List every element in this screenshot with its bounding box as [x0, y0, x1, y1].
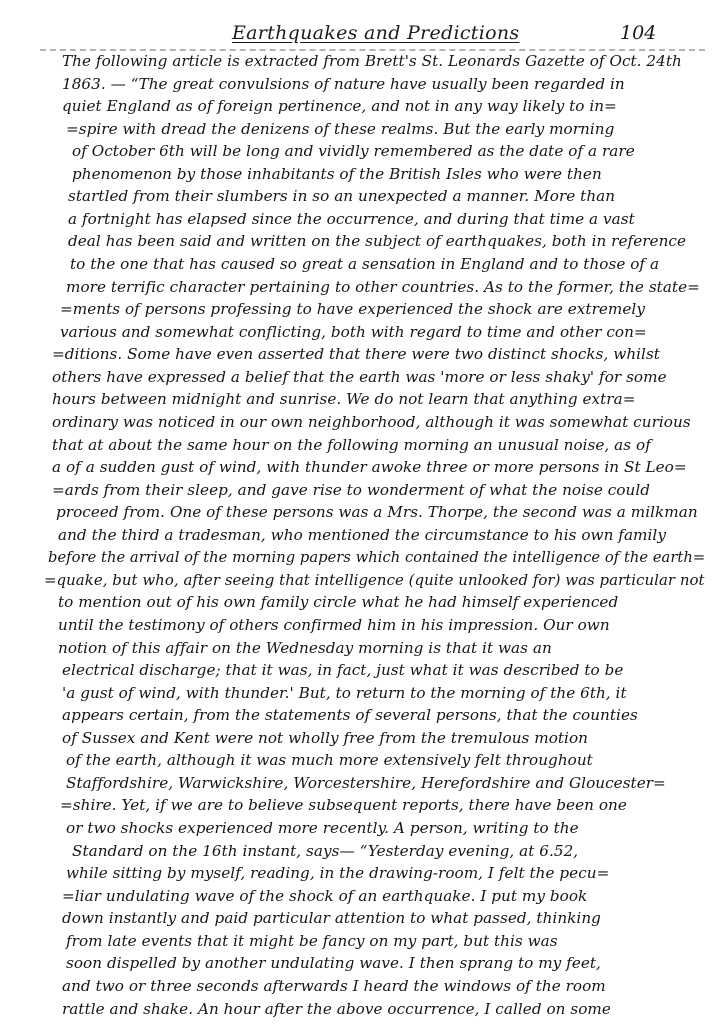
page-title: Earthquakes and Predictions [232, 22, 519, 44]
text-line: or two shocks experienced more recently.… [66, 819, 579, 837]
text-line: =spire with dread the denizens of these … [66, 120, 614, 138]
text-line: The following article is extracted from … [62, 52, 682, 70]
text-line: more terrific character pertaining to ot… [66, 278, 700, 296]
text-line: of October 6th will be long and vividly … [72, 142, 635, 160]
text-line: quiet England as of foreign pertinence, … [62, 97, 617, 115]
text-line: ordinary was noticed in our own neighbor… [52, 413, 691, 431]
text-line: Staffordshire, Warwickshire, Worcestersh… [66, 774, 666, 792]
text-line: various and somewhat conflicting, both w… [60, 323, 647, 341]
text-line: a of a sudden gust of wind, with thunder… [52, 458, 687, 476]
text-line: appears certain, from the statements of … [62, 706, 638, 724]
text-line: phenomenon by those inhabitants of the B… [72, 165, 602, 183]
text-line: a fortnight has elapsed since the occurr… [68, 210, 635, 228]
page-header: Earthquakes and Predictions 104 [0, 22, 715, 52]
text-line: until the testimony of others confirmed … [58, 616, 610, 634]
text-line: =ments of persons professing to have exp… [60, 300, 645, 318]
text-line: =liar undulating wave of the shock of an… [62, 887, 587, 905]
text-line: down instantly and paid particular atten… [62, 909, 601, 927]
header-rule-divider [40, 49, 705, 51]
text-line: 1863. — “The great convulsions of nature… [62, 75, 625, 93]
text-line: Standard on the 16th instant, says— “Yes… [72, 842, 578, 860]
text-line: others have expressed a belief that the … [52, 368, 667, 386]
text-line: before the arrival of the morning papers… [48, 548, 705, 566]
text-line: electrical discharge; that it was, in fa… [62, 661, 623, 679]
text-line: of the earth, although it was much more … [66, 751, 593, 769]
text-line: to mention out of his own family circle … [58, 593, 618, 611]
text-line: of Sussex and Kent were not wholly free … [62, 729, 588, 747]
text-line: =ditions. Some have even asserted that t… [52, 345, 660, 363]
page-number: 104 [620, 22, 656, 44]
text-line: notion of this affair on the Wednesday m… [58, 639, 552, 657]
text-line: while sitting by myself, reading, in the… [66, 864, 609, 882]
text-line: =ards from their sleep, and gave rise to… [52, 481, 650, 499]
text-line: =quake, but who, after seeing that intel… [44, 571, 705, 589]
text-line: rattle and shake. An hour after the abov… [62, 1000, 611, 1018]
text-line: =shire. Yet, if we are to believe subseq… [60, 796, 627, 814]
text-line: and the third a tradesman, who mentioned… [58, 526, 666, 544]
text-line: that at about the same hour on the follo… [52, 436, 651, 454]
text-line: startled from their slumbers in so an un… [68, 187, 615, 205]
text-line: 'a gust of wind, with thunder.' But, to … [62, 684, 627, 702]
text-line: soon dispelled by another undulating wav… [66, 954, 601, 972]
text-line: from late events that it might be fancy … [66, 932, 558, 950]
text-line: deal has been said and written on the su… [68, 232, 686, 250]
manuscript-page: Earthquakes and Predictions 104 The foll… [0, 0, 715, 1024]
text-line: and two or three seconds afterwards I he… [62, 977, 606, 995]
text-line: proceed from. One of these persons was a… [56, 503, 698, 521]
text-line: hours between midnight and sunrise. We d… [52, 390, 636, 408]
text-line: to the one that has caused so great a se… [70, 255, 659, 273]
